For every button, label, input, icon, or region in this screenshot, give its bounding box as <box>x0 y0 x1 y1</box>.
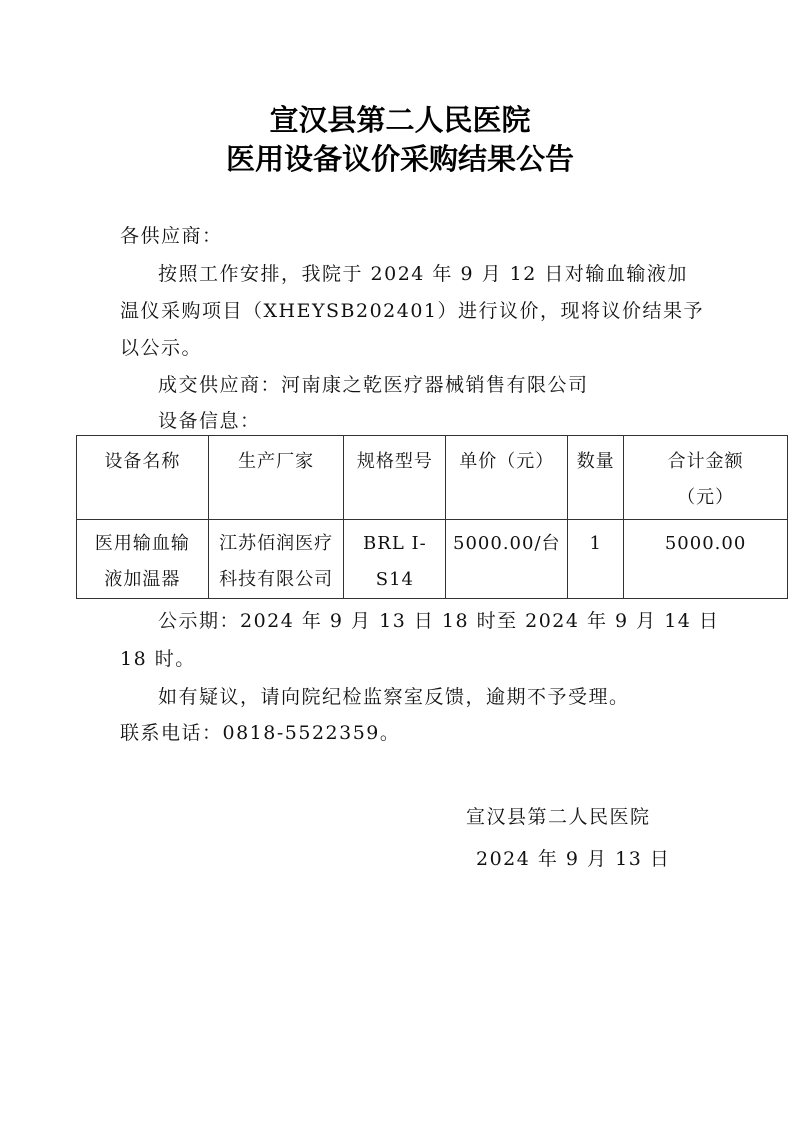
table-row: 医用输血输 液加温器 江苏佰润医疗 科技有限公司 BRL I-S14 5000.… <box>77 520 788 599</box>
signature-date: 2024 年 9 月 13 日 <box>476 844 670 871</box>
cell-manufacturer-line2: 科技有限公司 <box>211 562 342 598</box>
table-header-row: 设备名称 生产厂家 规格型号 单价（元） 数量 合计金额 （元） <box>77 436 788 520</box>
cell-model: BRL I-S14 <box>344 520 446 599</box>
cell-name-line1: 医用输血输 <box>79 526 206 562</box>
cell-manufacturer-line1: 江苏佰润医疗 <box>211 526 342 562</box>
document-title: 医用设备议价采购结果公告 <box>0 137 800 178</box>
paragraph-line: 温仪采购项目（XHEYSB202401）进行议价，现将议价结果予 <box>120 296 704 323</box>
paragraph-line: 按照工作安排，我院于 2024 年 9 月 12 日对输血输液加 <box>158 259 688 286</box>
column-header-name: 设备名称 <box>77 436 209 520</box>
column-header-quantity: 数量 <box>568 436 624 520</box>
contact-phone: 联系电话：0818-5522359。 <box>120 718 400 745</box>
cell-manufacturer: 江苏佰润医疗 科技有限公司 <box>208 520 344 599</box>
cell-quantity: 1 <box>568 520 624 599</box>
paragraph-line: 以公示。 <box>120 333 202 360</box>
column-header-model: 规格型号 <box>344 436 446 520</box>
cell-name-line2: 液加温器 <box>79 562 206 598</box>
cell-total: 5000.00 <box>624 520 788 599</box>
salutation: 各供应商： <box>120 221 223 248</box>
cell-name: 医用输血输 液加温器 <box>77 520 209 599</box>
objection-notice: 如有疑议，请向院纪检监察室反馈，逾期不予受理。 <box>158 682 630 709</box>
column-header-unit-price: 单价（元） <box>446 436 568 520</box>
publicity-period-cont: 18 时。 <box>120 644 196 671</box>
publicity-period: 公示期：2024 年 9 月 13 日 18 时至 2024 年 9 月 14 … <box>158 606 719 633</box>
equipment-table: 设备名称 生产厂家 规格型号 单价（元） 数量 合计金额 （元） 医用输血输 液… <box>76 435 788 599</box>
cell-unit-price: 5000.00/台 <box>446 520 568 599</box>
column-header-total-line2: （元） <box>626 480 785 516</box>
column-header-total-line1: 合计金额 <box>626 444 785 480</box>
equipment-info-label: 设备信息： <box>158 406 261 433</box>
signature-org: 宣汉县第二人民医院 <box>466 802 651 829</box>
winning-supplier: 成交供应商：河南康之乾医疗器械销售有限公司 <box>158 370 589 397</box>
document-title-org: 宣汉县第二人民医院 <box>0 98 800 139</box>
column-header-manufacturer: 生产厂家 <box>208 436 344 520</box>
column-header-total: 合计金额 （元） <box>624 436 788 520</box>
